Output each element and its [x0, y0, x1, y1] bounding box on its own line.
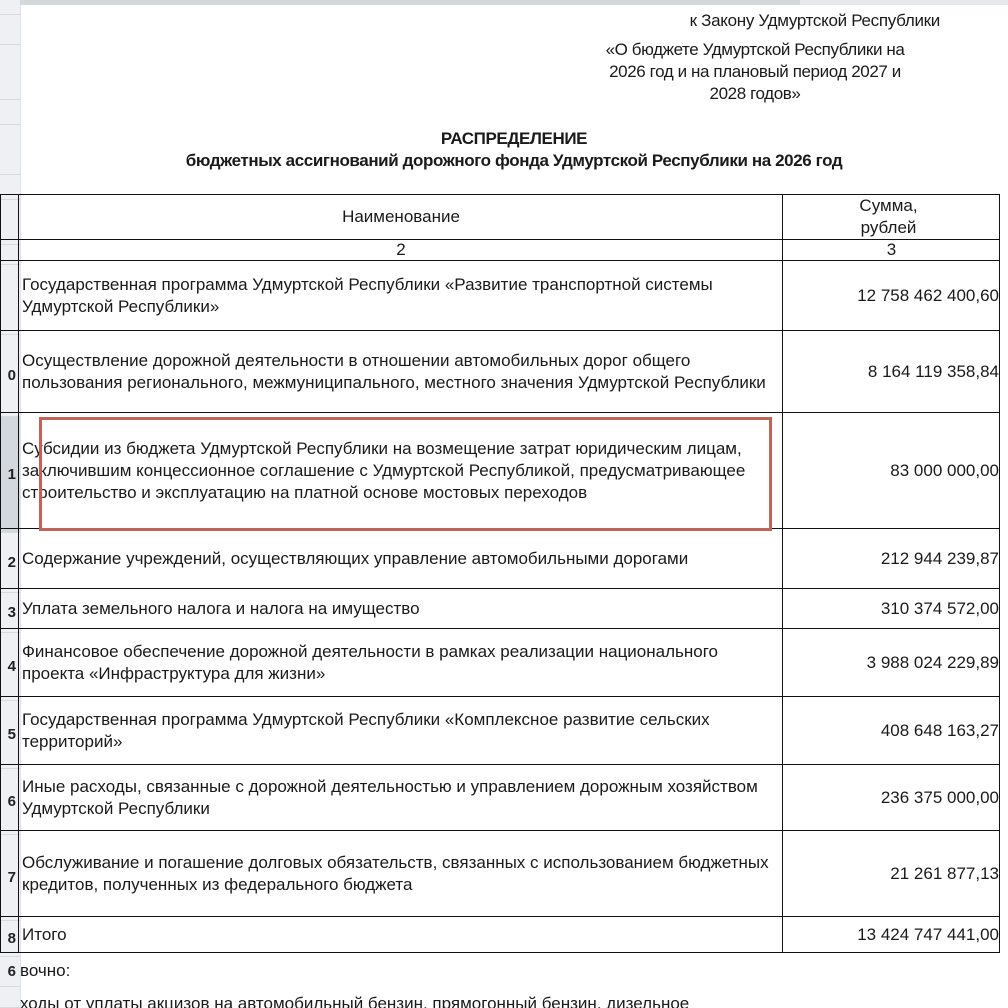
row-name: Государственная программа Удмуртской Рес… — [19, 261, 783, 331]
header-num-cell — [1, 195, 19, 240]
row-header-0[interactable] — [0, 0, 20, 15]
row-sum: 8 164 119 358,84 — [783, 331, 1000, 413]
table-header-row: Наименование Сумма, рублей — [1, 195, 1000, 240]
law-title-line-1: «О бюджете Удмуртской Республики на — [575, 39, 935, 61]
row-header-2[interactable] — [0, 45, 20, 100]
row-header-3[interactable] — [0, 100, 20, 125]
table-row[interactable]: Осуществление дорожной деятельности в от… — [1, 331, 1000, 413]
row-num-cell — [1, 331, 19, 413]
row-sum: 212 944 239,87 — [783, 529, 1000, 589]
law-title: «О бюджете Удмуртской Республики на 2026… — [575, 39, 935, 105]
row-name: Государственная программа Удмуртской Рес… — [19, 697, 783, 765]
row-num-cell — [1, 629, 19, 697]
budget-table: Наименование Сумма, рублей 2 3 Государст… — [0, 194, 1000, 953]
row-sum: 21 261 877,13 — [783, 831, 1000, 917]
document-subtitle: бюджетных ассигнований дорожного фонда У… — [20, 150, 1008, 172]
column-index-row: 2 3 — [1, 240, 1000, 261]
sum-header-line-1: Сумма, — [786, 195, 991, 217]
column-header-sum: Сумма, рублей — [783, 195, 1000, 240]
table-row[interactable]: Обслуживание и погашение долговых обязат… — [1, 831, 1000, 917]
row-header-4[interactable] — [0, 125, 20, 175]
law-title-line-2: 2026 год и на плановый период 2027 и — [575, 61, 935, 83]
row-num-cell — [1, 697, 19, 765]
row-sum: 3 988 024 229,89 — [783, 629, 1000, 697]
table-row[interactable]: Государственная программа Удмуртской Рес… — [1, 261, 1000, 331]
footnote-text: ходы от уплаты акцизов на автомобильный … — [20, 993, 689, 1008]
row-header-label: 6 — [8, 963, 16, 980]
row-sum: 408 648 163,27 — [783, 697, 1000, 765]
column-header-name: Наименование — [19, 195, 783, 240]
row-sum: 236 375 000,00 — [783, 765, 1000, 831]
row-name: Иные расходы, связанные с дорожной деяте… — [19, 765, 783, 831]
table-row[interactable]: Финансовое обеспечение дорожной деятельн… — [1, 629, 1000, 697]
table-row[interactable]: Содержание учреждений, осуществляющих уп… — [1, 529, 1000, 589]
row-name: Финансовое обеспечение дорожной деятельн… — [19, 629, 783, 697]
table-row[interactable]: Иные расходы, связанные с дорожной деяте… — [1, 765, 1000, 831]
row-num-cell — [1, 529, 19, 589]
row-num-cell — [1, 413, 19, 529]
row-num-cell — [1, 917, 19, 953]
row-header-1[interactable] — [0, 15, 20, 45]
row-sum: 83 000 000,00 — [783, 413, 1000, 529]
law-title-line-3: 2028 годов» — [575, 83, 935, 105]
column-index-sum: 3 — [783, 240, 1000, 261]
sum-header-line-2: рублей — [786, 217, 991, 239]
row-sum: 12 758 462 400,60 — [783, 261, 1000, 331]
row-num-cell — [1, 589, 19, 629]
table-row[interactable]: Уплата земельного налога и налога на иму… — [1, 589, 1000, 629]
table-row[interactable]: Государственная программа Удмуртской Рес… — [1, 697, 1000, 765]
row-name: Субсидии из бюджета Удмуртской Республик… — [19, 413, 783, 529]
row-sum: 310 374 572,00 — [783, 589, 1000, 629]
index-num-cell — [1, 240, 19, 261]
footnote-label: вочно: — [20, 960, 70, 982]
row-num-cell — [1, 831, 19, 917]
document-title-block: РАСПРЕДЕЛЕНИЕ бюджетных ассигнований дор… — [20, 128, 1008, 172]
row-name: Уплата земельного налога и налога на иму… — [19, 589, 783, 629]
row-num-cell — [1, 261, 19, 331]
annex-line: к Закону Удмуртской Республики — [690, 10, 940, 32]
table-row-highlighted[interactable]: Субсидии из бюджета Удмуртской Республик… — [1, 413, 1000, 529]
total-sum: 13 424 747 441,00 — [783, 917, 1000, 953]
row-name: Осуществление дорожной деятельности в от… — [19, 331, 783, 413]
row-num-cell — [1, 765, 19, 831]
row-name: Обслуживание и погашение долговых обязат… — [19, 831, 783, 917]
row-header-19[interactable] — [0, 987, 20, 1008]
total-row[interactable]: Итого 13 424 747 441,00 — [1, 917, 1000, 953]
row-name: Содержание учреждений, осуществляющих уп… — [19, 529, 783, 589]
row-header-18[interactable]: 6 — [0, 957, 20, 987]
document-title: РАСПРЕДЕЛЕНИЕ — [20, 128, 1008, 150]
column-index-name: 2 — [19, 240, 783, 261]
total-label: Итого — [19, 917, 783, 953]
